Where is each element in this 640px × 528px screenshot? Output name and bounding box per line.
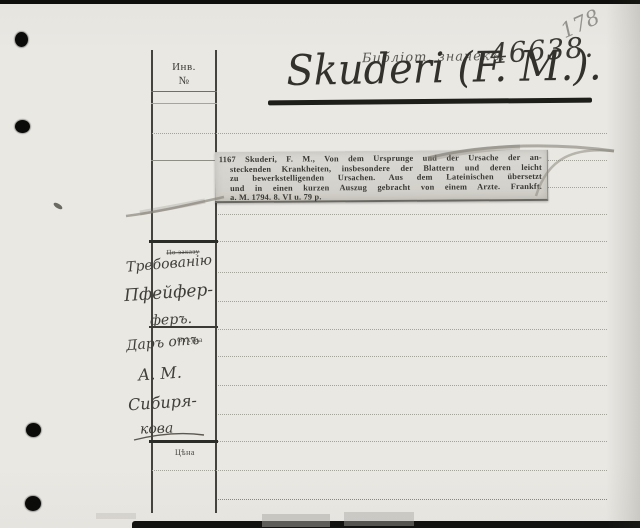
column-divider xyxy=(151,160,217,161)
column-divider xyxy=(151,103,217,104)
ruled-line xyxy=(218,241,607,242)
pasted-bibliographic-clipping: 1167 Skuderi, F. M., Von dem Ursprunge u… xyxy=(215,150,548,203)
inventory-label-line2: № xyxy=(151,74,217,88)
inventory-number-label: Инв. № xyxy=(151,60,217,88)
column-rule-left xyxy=(151,50,153,513)
scan-edge-top xyxy=(0,0,640,4)
section-divider xyxy=(149,240,218,243)
ruled-line xyxy=(218,301,607,302)
ink-blot xyxy=(53,201,64,210)
scan-shadow-right xyxy=(606,0,640,528)
origin-handwriting-line: Сибиря- xyxy=(127,391,197,415)
origin-handwriting-line: кова xyxy=(140,420,174,437)
origin-handwriting-line: А. М. xyxy=(137,362,182,384)
ruled-line xyxy=(152,133,607,134)
punch-hole xyxy=(25,496,41,511)
punch-hole xyxy=(15,120,30,133)
ruled-line xyxy=(218,441,607,442)
price-label: Цѣна xyxy=(152,448,218,457)
pen-swash xyxy=(140,201,205,213)
inventory-label-line1: Инв. xyxy=(151,60,217,74)
scan-smudge xyxy=(344,512,414,526)
ruled-line xyxy=(218,414,607,415)
card-title-handwritten: Skuderi (F. M.). xyxy=(286,40,602,95)
scan-smudge xyxy=(96,513,136,519)
ruled-line xyxy=(218,272,607,273)
ruled-line xyxy=(152,470,607,471)
column-rule-right xyxy=(215,50,217,513)
ordered-by-handwriting-line: феръ. xyxy=(150,311,193,329)
punch-hole xyxy=(26,423,41,437)
ruled-line xyxy=(218,499,607,500)
ruled-line xyxy=(218,385,607,386)
origin-handwriting-line: Даръ отъ xyxy=(125,332,200,354)
ruled-line xyxy=(218,214,607,215)
clipping-text-line: a. M. 1794. 8. VI u. 79 p. xyxy=(219,191,542,203)
scan-smudge xyxy=(262,514,330,527)
ordered-by-handwriting-line: Требованію xyxy=(125,252,212,275)
section-divider xyxy=(149,440,218,443)
ruled-line xyxy=(218,356,607,357)
pen-swash xyxy=(126,197,224,216)
catalog-card-scan: Инв. № По заказу Откуда Цѣна 178 Библіот… xyxy=(0,0,640,528)
ordered-by-handwriting-line: Пфейфер- xyxy=(123,280,213,306)
column-divider xyxy=(151,91,217,92)
punch-hole xyxy=(15,32,28,47)
ruled-line xyxy=(218,329,607,330)
title-underline xyxy=(268,98,592,105)
